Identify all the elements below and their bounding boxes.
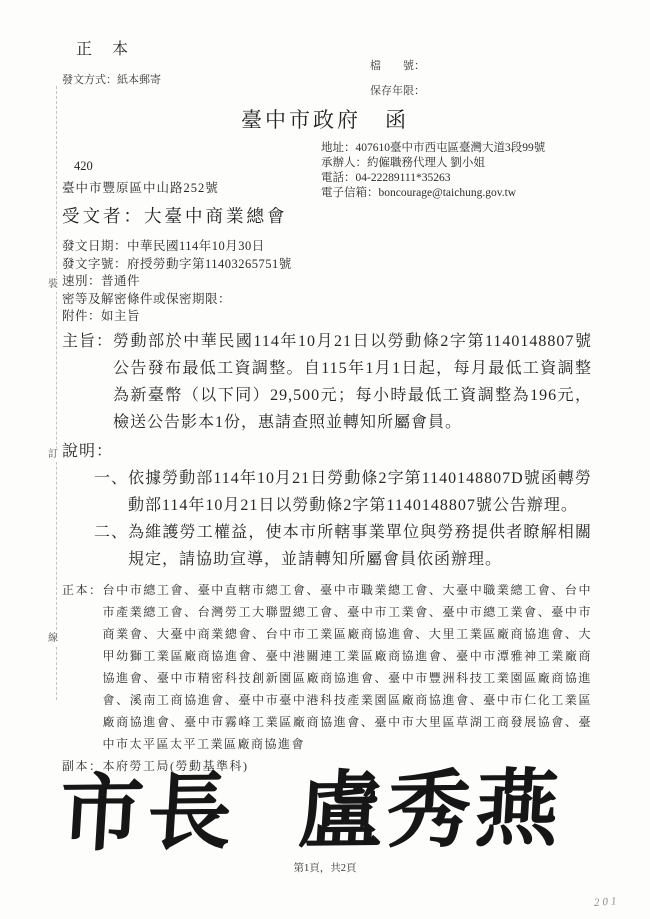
file-number-label: 檔 號： [370,57,425,73]
official-letter-page: 裝 訂 線 正 本 發文方式：紙本郵寄 檔 號： 保存年限： 臺中市政府 函 地… [0,0,650,919]
agency-address-row: 地址： 407610臺中市西屯區臺灣大道3段99號 [321,141,621,156]
page-number-footer: 第1頁，共2頁 [0,860,650,875]
doc-number: 發文字號：府授勞動字第11403265751號 [62,256,292,274]
retention-period-label: 保存年限： [370,82,425,98]
agency-contact-person: 承辦人：約僱職務代理人 劉小姐 [321,156,621,171]
recipient-postal-code: 420 [74,159,93,174]
original-recipients-list: 台中市總工會、臺中直轄市總工會、臺中市職業總工會、大臺中職業總工會、台中市產業總… [103,579,592,755]
agency-address-label: 地址： [321,141,356,156]
explanation-item-text: 為維護勞工權益，使本市所轄事業單位與勞務提供者瞭解相關規定，請協助宣導，並請轉知… [128,519,592,573]
original-recipients-label: 正本： [62,579,103,755]
subject-text: 勞動部於中華民國114年10月21日以勞動條2字第1140148807號公告發布… [113,328,592,436]
agency-address-value: 407610臺中市西屯區臺灣大道3段99號 [356,141,556,156]
binding-dotted-line [56,86,57,700]
security-classification: 密等及解密條件或保密期限： [62,291,292,309]
agency-contact-block: 地址： 407610臺中市西屯區臺灣大道3段99號 承辦人：約僱職務代理人 劉小… [321,141,621,201]
priority-level: 速別：普通件 [62,273,292,291]
agency-phone: 電話：04-22289111*35263 [321,171,621,186]
recipient-name-line: 受文者：大臺中商業總會 [62,203,288,228]
explanation-item-number: 二、 [94,519,128,573]
document-meta-block: 發文日期：中華民國114年10月30日 發文字號：府授勞動字第114032657… [62,238,292,326]
mayor-signature: 市長 盧秀燕 [56,741,603,868]
attachment-note: 附件：如主旨 [62,308,292,326]
letter-body: 主旨： 勞動部於中華民國114年10月21日以勞動條2字第1140148807號… [62,328,592,777]
explanation-item-1: 一、 依據勞動部114年10月21日勞動條2字第1140148807D號函轉勞動… [62,465,592,519]
subject-section: 主旨： 勞動部於中華民國114年10月21日以勞動條2字第1140148807號… [62,328,592,436]
explanation-item-2: 二、 為維護勞工權益，使本市所轄事業單位與勞務提供者瞭解相關規定，請協助宣導，並… [62,519,592,573]
agency-email: 電子信箱：boncourage@taichung.gov.tw [321,186,621,201]
copy-type-label: 正 本 [76,36,130,59]
delivery-method: 發文方式：紙本郵寄 [62,71,161,87]
binding-mark-ding: 訂 [46,448,60,462]
binding-mark-xian: 線 [46,632,60,646]
explanation-item-number: 一、 [94,465,128,519]
explanation-label: 說明： [62,438,592,465]
original-recipients-row: 正本： 台中市總工會、臺中直轄市總工會、臺中市職業總工會、大臺中職業總工會、台中… [62,579,592,755]
recipient-address: 臺中市豐原區中山路252號 [62,178,219,196]
issue-date: 發文日期：中華民國114年10月30日 [62,238,292,256]
explanation-item-text: 依據勞動部114年10月21日勞動條2字第1140148807D號函轉勞動部11… [128,465,592,519]
document-title: 臺中市政府 函 [0,104,650,134]
handwritten-pencil-note: 201 [594,895,620,909]
binding-mark-zhuang: 裝 [46,278,60,292]
subject-label: 主旨： [62,328,113,436]
